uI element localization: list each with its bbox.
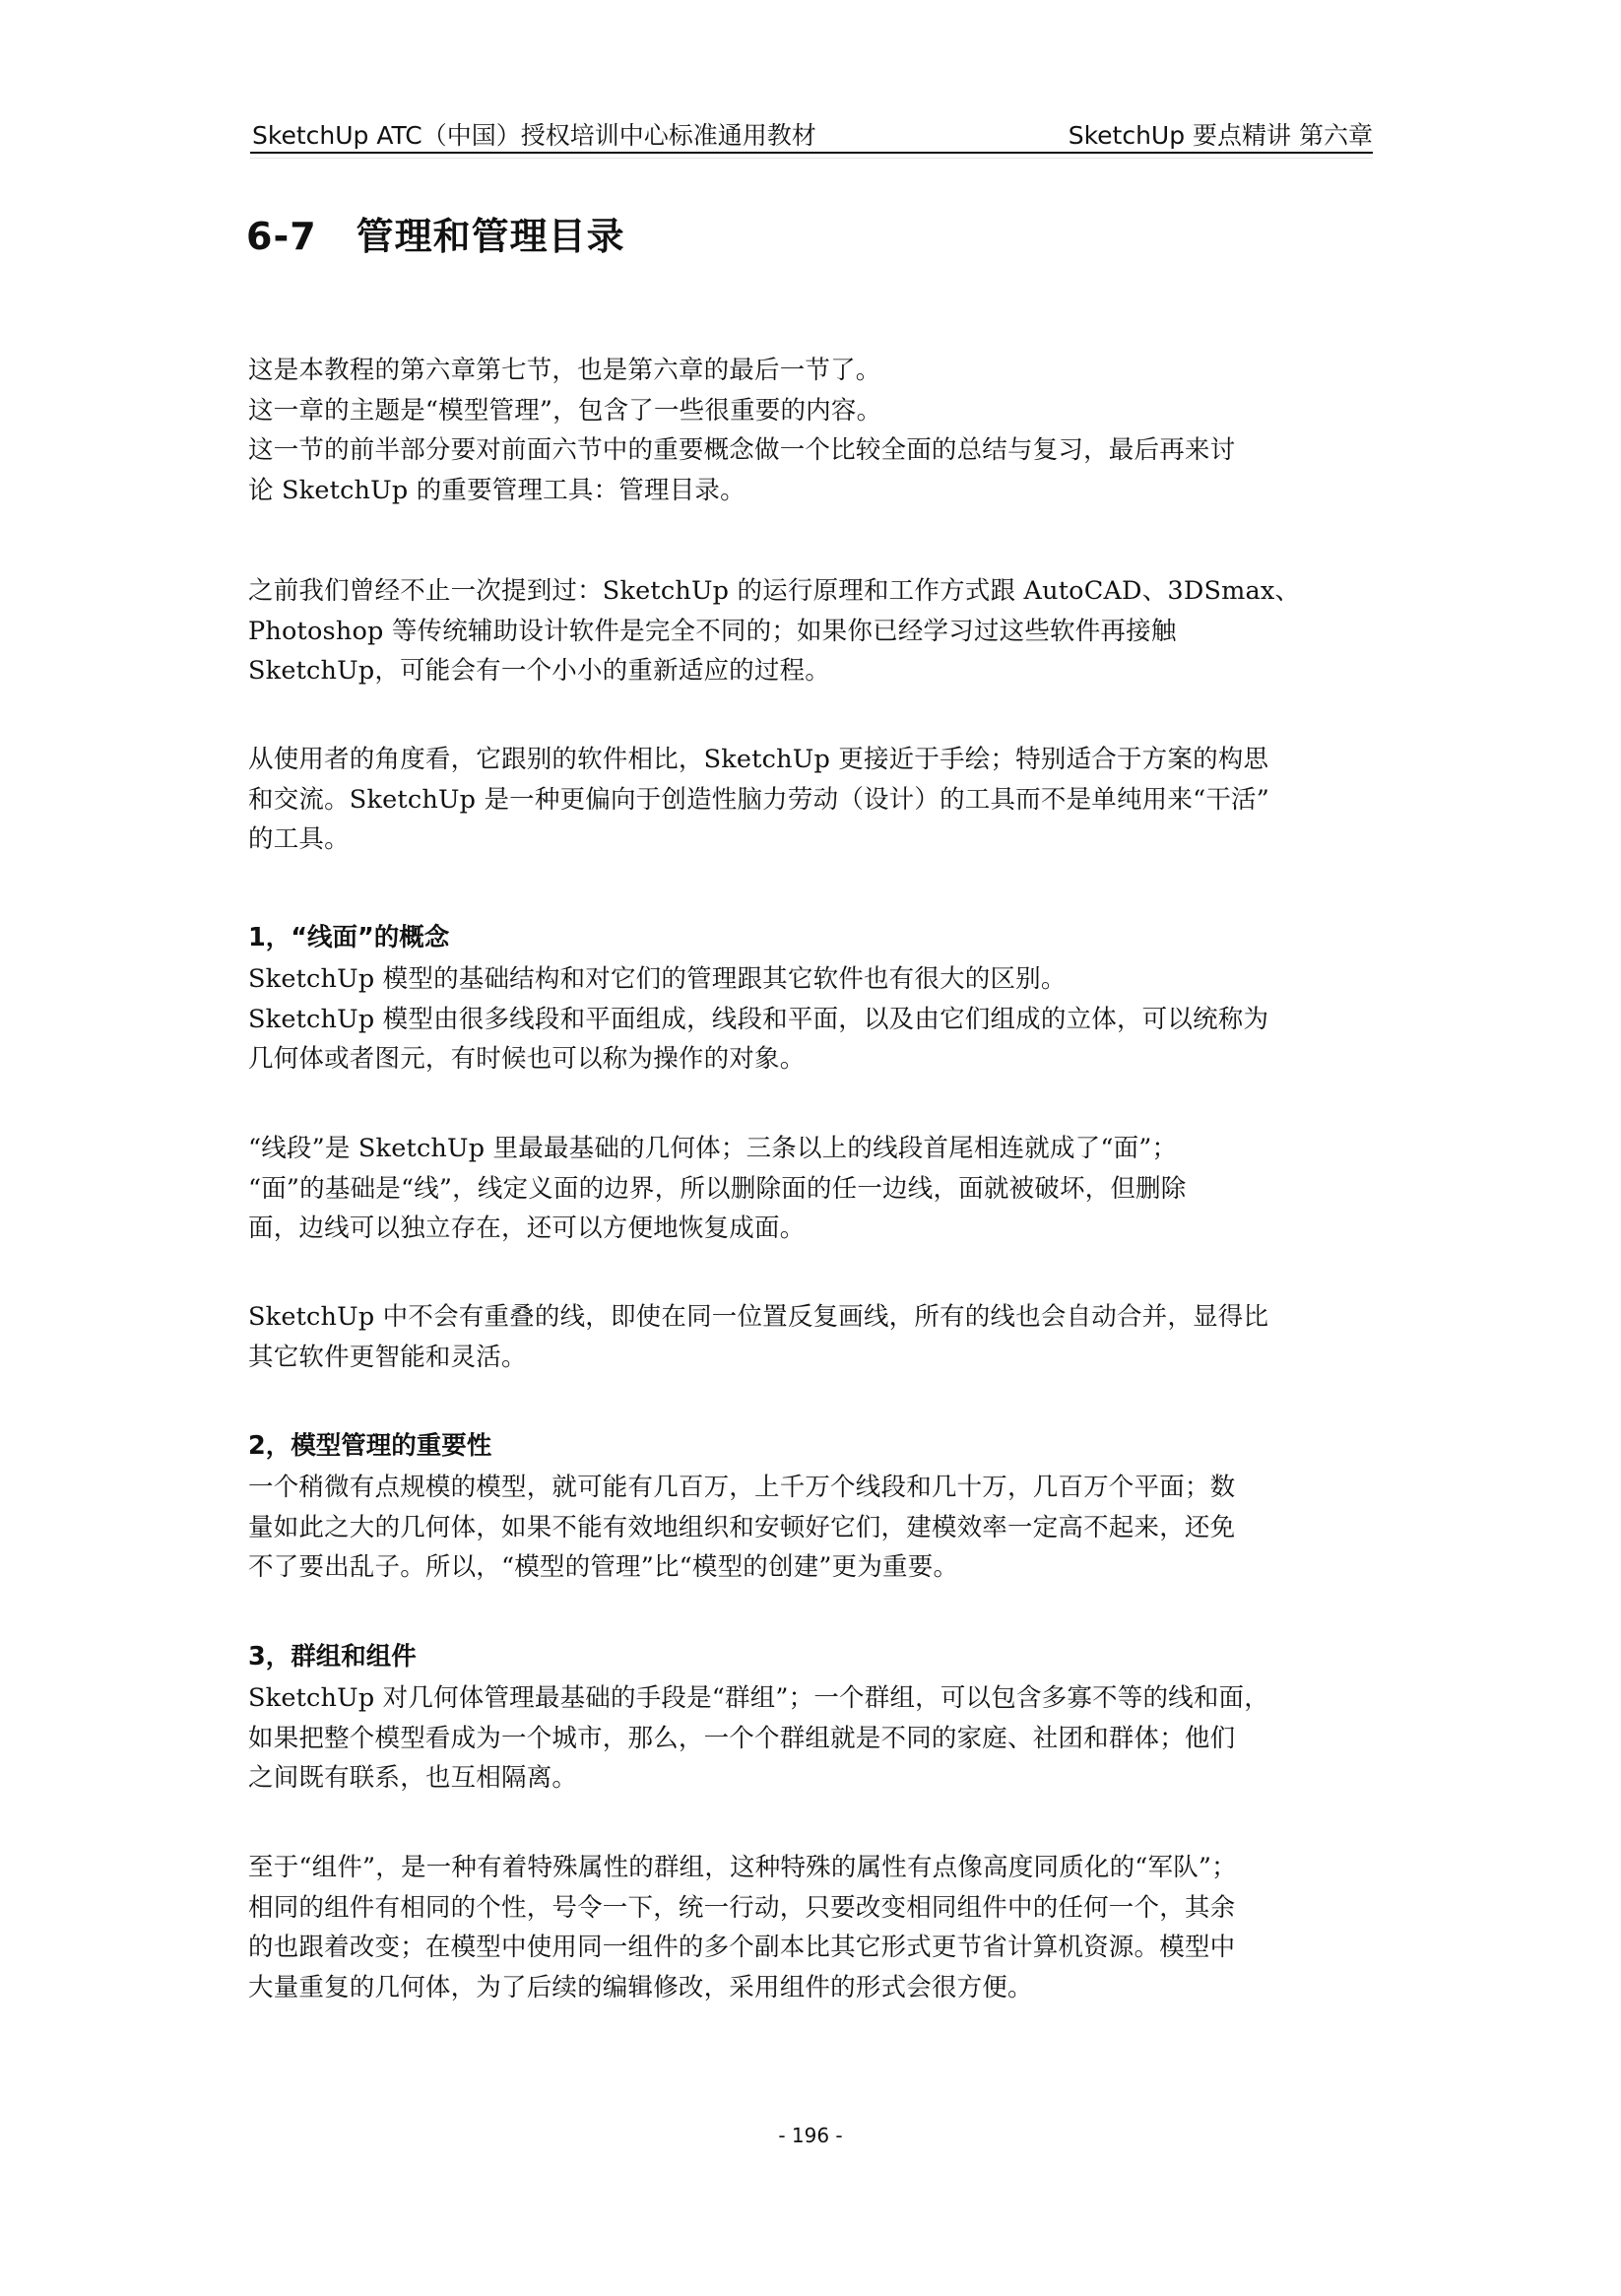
- text-line: 不了要出乱子。所以，“模型的管理”比“模型的创建”更为重要。: [248, 1547, 1389, 1588]
- document-page: SketchUp ATC（中国）授权培训中心标准通用教材 SketchUp 要点…: [0, 0, 1621, 2296]
- text-line: 这一节的前半部分要对前面六节中的重要概念做一个比较全面的总结与复习，最后再来讨: [248, 430, 1389, 471]
- text-line: “线段”是 SketchUp 里最最基础的几何体；三条以上的线段首尾相连就成了“…: [248, 1129, 1389, 1169]
- page-number: - 196 -: [0, 2124, 1621, 2147]
- section-number: 6-7: [246, 215, 317, 258]
- text-line: 的工具。: [248, 820, 1389, 860]
- text-line: SketchUp 模型由很多线段和平面组成，线段和平面，以及由它们组成的立体，可…: [248, 1000, 1389, 1040]
- text-line: 和交流。SketchUp 是一种更偏向于创造性脑力劳动（设计）的工具而不是单纯用…: [248, 780, 1389, 820]
- subsection-1-paragraph-3: SketchUp 中不会有重叠的线，即使在同一位置反复画线，所有的线也会自动合并…: [248, 1297, 1389, 1377]
- text-line: 量如此之大的几何体，如果不能有效地组织和安顿好它们，建模效率一定高不起来，还免: [248, 1508, 1389, 1548]
- text-line: 论 SketchUp 的重要管理工具：管理目录。: [248, 471, 1389, 511]
- text-line: SketchUp 模型的基础结构和对它们的管理跟其它软件也有很大的区别。: [248, 959, 1389, 1000]
- header-divider: [250, 158, 1373, 159]
- text-line: SketchUp 对几何体管理最基础的手段是“群组”；一个群组，可以包含多寡不等…: [248, 1678, 1389, 1719]
- intro-paragraph-1: 这是本教程的第六章第七节，也是第六章的最后一节了。 这一章的主题是“模型管理”，…: [248, 351, 1389, 510]
- subsection-1-heading: 1，“线面”的概念: [248, 918, 449, 957]
- intro-paragraph-2: 之前我们曾经不止一次提到过：SketchUp 的运行原理和工作方式跟 AutoC…: [248, 571, 1389, 691]
- text-line: 相同的组件有相同的个性，号令一下，统一行动，只要改变相同组件中的任何一个，其余: [248, 1888, 1389, 1929]
- intro-paragraph-3: 从使用者的角度看，它跟别的软件相比，SketchUp 更接近于手绘；特别适合于方…: [248, 740, 1389, 860]
- subsection-3-paragraph-2: 至于“组件”，是一种有着特殊属性的群组，这种特殊的属性有点像高度同质化的“军队”…: [248, 1848, 1389, 2007]
- text-line: SketchUp 中不会有重叠的线，即使在同一位置反复画线，所有的线也会自动合并…: [248, 1297, 1389, 1338]
- subsection-3-paragraph-1: SketchUp 对几何体管理最基础的手段是“群组”；一个群组，可以包含多寡不等…: [248, 1678, 1389, 1799]
- text-line: 的也跟着改变；在模型中使用同一组件的多个副本比其它形式更节省计算机资源。模型中: [248, 1928, 1389, 1968]
- subsection-1-paragraph-1: SketchUp 模型的基础结构和对它们的管理跟其它软件也有很大的区别。 Ske…: [248, 959, 1389, 1080]
- subsection-1-paragraph-2: “线段”是 SketchUp 里最最基础的几何体；三条以上的线段首尾相连就成了“…: [248, 1129, 1389, 1249]
- subsection-2-heading: 2，模型管理的重要性: [248, 1426, 491, 1466]
- text-line: 面，边线可以独立存在，还可以方便地恢复成面。: [248, 1209, 1389, 1249]
- text-line: SketchUp，可能会有一个小小的重新适应的过程。: [248, 651, 1389, 691]
- text-line: 这是本教程的第六章第七节，也是第六章的最后一节了。: [248, 351, 1389, 391]
- text-line: 一个稍微有点规模的模型，就可能有几百万，上千万个线段和几十万，几百万个平面；数: [248, 1468, 1389, 1508]
- header-book-title: SketchUp ATC（中国）授权培训中心标准通用教材: [252, 122, 816, 150]
- header-chapter-title: SketchUp 要点精讲 第六章: [1069, 122, 1373, 150]
- section-title-text: 管理和管理目录: [357, 215, 625, 258]
- text-line: 至于“组件”，是一种有着特殊属性的群组，这种特殊的属性有点像高度同质化的“军队”…: [248, 1848, 1389, 1888]
- text-line: 之前我们曾经不止一次提到过：SketchUp 的运行原理和工作方式跟 AutoC…: [248, 571, 1389, 612]
- running-header: SketchUp ATC（中国）授权培训中心标准通用教材 SketchUp 要点…: [250, 122, 1373, 154]
- text-line: “面”的基础是“线”，线定义面的边界，所以删除面的任一边线，面就被破坏，但删除: [248, 1169, 1389, 1210]
- subsection-2-paragraph-1: 一个稍微有点规模的模型，就可能有几百万，上千万个线段和几十万，几百万个平面；数 …: [248, 1468, 1389, 1588]
- text-line: 之间既有联系，也互相隔离。: [248, 1758, 1389, 1799]
- text-line: 这一章的主题是“模型管理”，包含了一些很重要的内容。: [248, 391, 1389, 431]
- text-line: Photoshop 等传统辅助设计软件是完全不同的；如果你已经学习过这些软件再接…: [248, 612, 1389, 652]
- subsection-3-heading: 3，群组和组件: [248, 1637, 417, 1676]
- text-line: 如果把整个模型看成为一个城市，那么，一个个群组就是不同的家庭、社团和群体；他们: [248, 1719, 1389, 1759]
- text-line: 其它软件更智能和灵活。: [248, 1338, 1389, 1378]
- text-line: 几何体或者图元，有时候也可以称为操作的对象。: [248, 1039, 1389, 1080]
- text-line: 大量重复的几何体，为了后续的编辑修改，采用组件的形式会很方便。: [248, 1968, 1389, 2008]
- text-line: 从使用者的角度看，它跟别的软件相比，SketchUp 更接近于手绘；特别适合于方…: [248, 740, 1389, 780]
- section-title: 6-7管理和管理目录: [246, 212, 625, 261]
